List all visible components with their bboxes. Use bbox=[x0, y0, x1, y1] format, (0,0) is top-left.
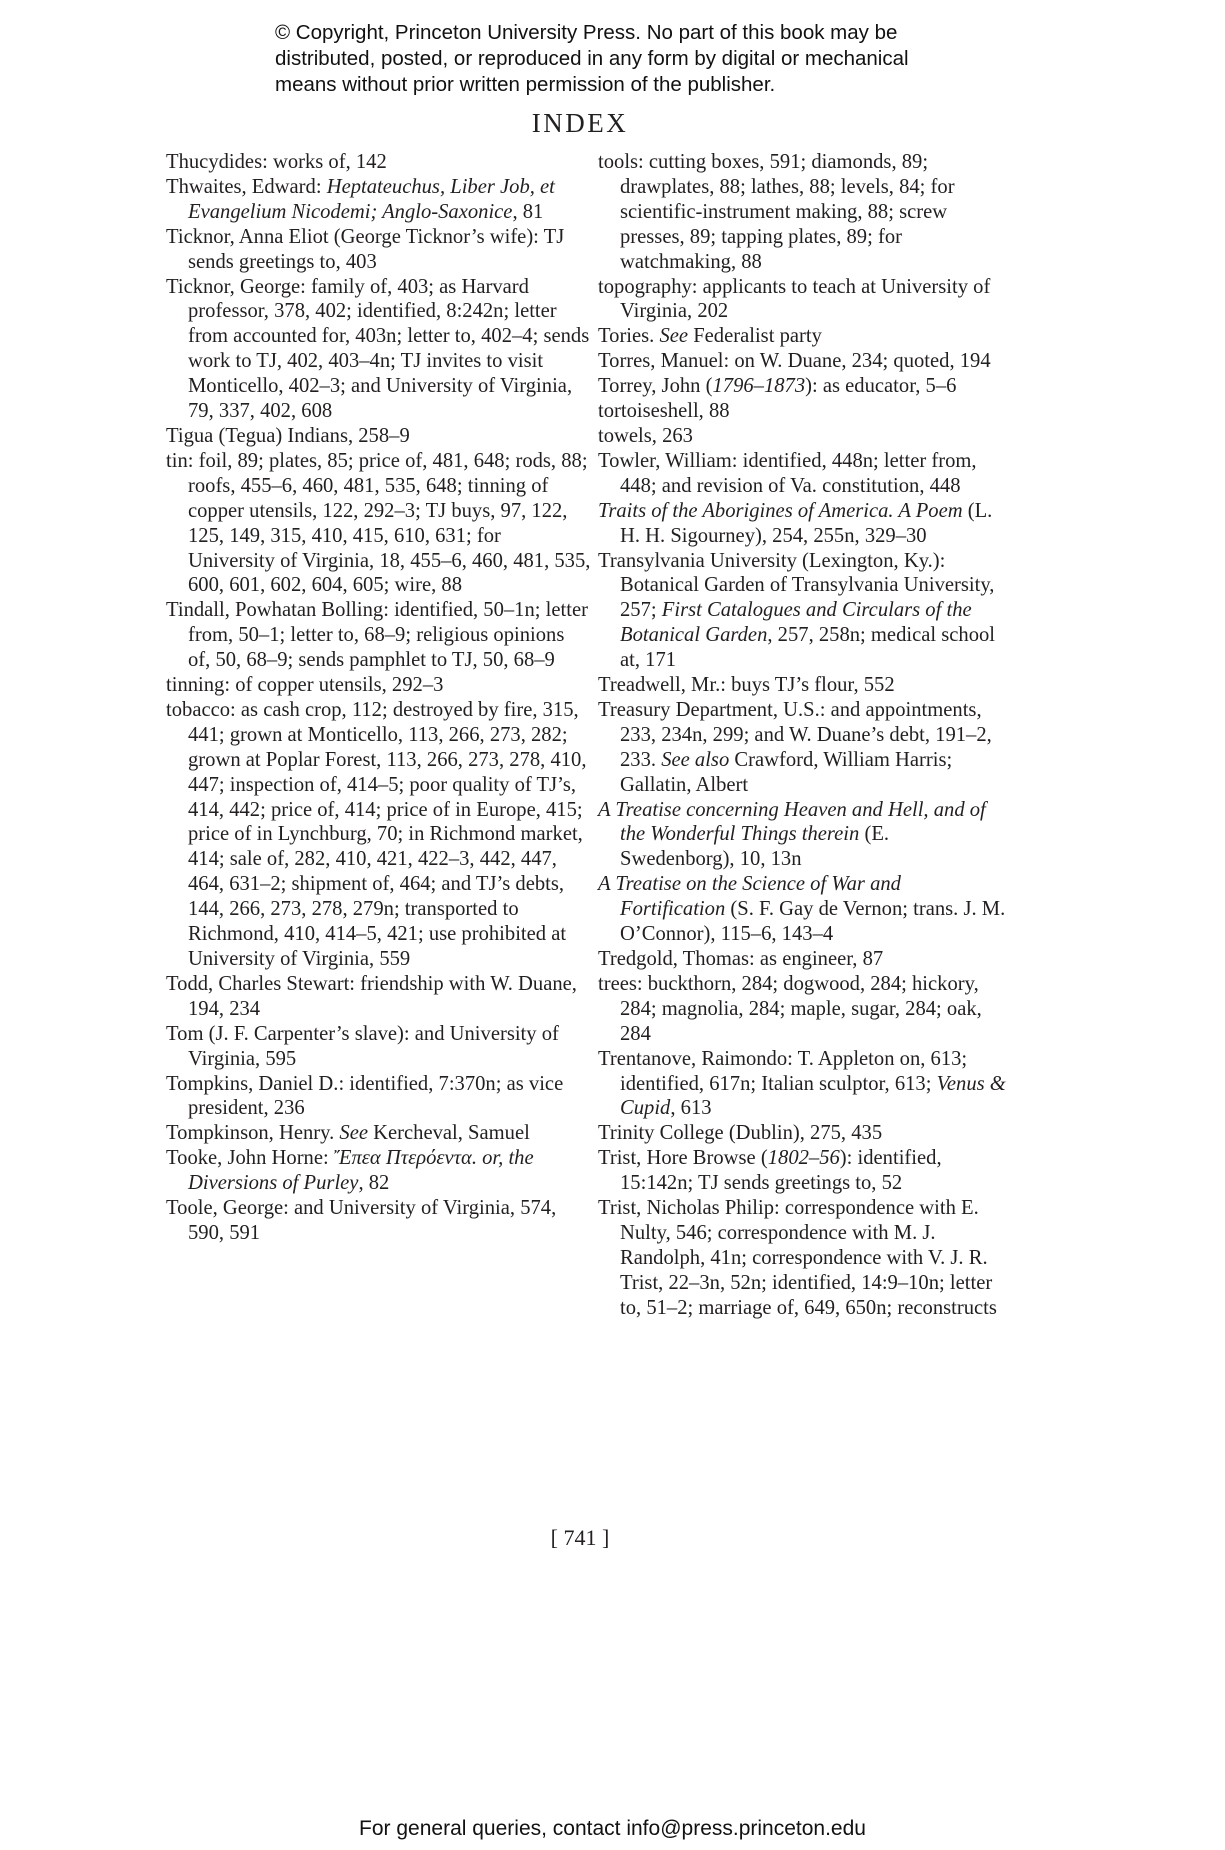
index-entry: Transylvania University (Lexington, Ky.)… bbox=[598, 549, 1008, 674]
index-entry-text: Tories. bbox=[598, 325, 659, 347]
index-entry-text: Tindall, Powhatan Bolling: identified, 5… bbox=[166, 599, 588, 671]
index-entry: tobacco: as cash crop, 112; destroyed by… bbox=[166, 698, 591, 972]
index-entry-text: Tompkins, Daniel D.: identified, 7:370n;… bbox=[166, 1073, 563, 1120]
index-entry-text: Torrey, John ( bbox=[598, 375, 712, 397]
index-entry: Tindall, Powhatan Bolling: identified, 5… bbox=[166, 598, 591, 673]
index-entry: Torrey, John (1796–1873): as educator, 5… bbox=[598, 374, 1008, 399]
index-entry: Towler, William: identified, 448n; lette… bbox=[598, 449, 1008, 499]
index-entry-italic-text: See also bbox=[661, 749, 729, 771]
index-entry: Tredgold, Thomas: as engineer, 87 bbox=[598, 947, 1008, 972]
copyright-line: © Copyright, Princeton University Press.… bbox=[275, 20, 975, 46]
index-entry: Ticknor, George: family of, 403; as Harv… bbox=[166, 275, 591, 424]
index-entry-text: Tigua (Tegua) Indians, 258–9 bbox=[166, 425, 410, 447]
index-entry-text: Todd, Charles Stewart: friendship with W… bbox=[166, 973, 577, 1020]
index-entry-text: Torres, Manuel: on W. Duane, 234; quoted… bbox=[598, 350, 991, 372]
index-entry-text: tin: foil, 89; plates, 85; price of, 481… bbox=[166, 450, 590, 597]
page-number: [ 741 ] bbox=[0, 1525, 1160, 1551]
index-entry-text: ): as educator, 5–6 bbox=[805, 375, 956, 397]
index-entry-text: , 613 bbox=[670, 1097, 711, 1119]
index-entry: Traits of the Aborigines of America. A P… bbox=[598, 499, 1008, 549]
index-entry: Thucydides: works of, 142 bbox=[166, 150, 591, 175]
index-entry: Toole, George: and University of Virgini… bbox=[166, 1196, 591, 1246]
copyright-line: means without prior written permission o… bbox=[275, 72, 975, 98]
index-entry-text: Ticknor, George: family of, 403; as Harv… bbox=[166, 276, 589, 423]
index-entry-text: tools: cutting boxes, 591; diamonds, 89;… bbox=[598, 151, 955, 273]
page-title: INDEX bbox=[0, 108, 1160, 139]
copyright-line: distributed, posted, or reproduced in an… bbox=[275, 46, 975, 72]
index-entry-text: trees: buckthorn, 284; dogwood, 284; hic… bbox=[598, 973, 982, 1045]
index-entry-text: Toole, George: and University of Virgini… bbox=[166, 1197, 556, 1244]
index-entry-text: Towler, William: identified, 448n; lette… bbox=[598, 450, 977, 497]
index-entry-text: Tom (J. F. Carpenter’s slave): and Unive… bbox=[166, 1023, 559, 1070]
index-entry: Torres, Manuel: on W. Duane, 234; quoted… bbox=[598, 349, 1008, 374]
index-entry: tinning: of copper utensils, 292–3 bbox=[166, 673, 591, 698]
index-entry: Todd, Charles Stewart: friendship with W… bbox=[166, 972, 591, 1022]
index-entry-text: Tompkinson, Henry. bbox=[166, 1122, 339, 1144]
index-entry: towels, 263 bbox=[598, 424, 1008, 449]
index-entry: Tompkins, Daniel D.: identified, 7:370n;… bbox=[166, 1072, 591, 1122]
index-entry: A Treatise on the Science of War and For… bbox=[598, 872, 1008, 947]
index-entry-text: Thwaites, Edward: bbox=[166, 176, 327, 198]
index-entry: Tories. See Federalist party bbox=[598, 324, 1008, 349]
index-entry: Treasury Department, U.S.: and appointme… bbox=[598, 698, 1008, 798]
index-entry-text: Trist, Hore Browse ( bbox=[598, 1147, 768, 1169]
index-entry: tortoiseshell, 88 bbox=[598, 399, 1008, 424]
index-entry: Ticknor, Anna Eliot (George Ticknor’s wi… bbox=[166, 225, 591, 275]
index-entry-italic-text: A Treatise concerning Heaven and Hell, a… bbox=[598, 799, 986, 846]
index-entry-text: topography: applicants to teach at Unive… bbox=[598, 276, 990, 323]
index-entry-text: Trist, Nicholas Philip: correspondence w… bbox=[598, 1197, 997, 1319]
footer-contact: For general queries, contact info@press.… bbox=[0, 1817, 1225, 1841]
index-entry-text: Thucydides: works of, 142 bbox=[166, 151, 387, 173]
index-column-left: Thucydides: works of, 142Thwaites, Edwar… bbox=[166, 150, 591, 1246]
index-entry: Trist, Nicholas Philip: correspondence w… bbox=[598, 1196, 1008, 1321]
index-entry: topography: applicants to teach at Unive… bbox=[598, 275, 1008, 325]
index-entry: Tooke, John Horne: Ἔπεα Πτερόεντα. or, t… bbox=[166, 1146, 591, 1196]
index-entry-text: tortoiseshell, 88 bbox=[598, 400, 730, 422]
index-entry-text: Tredgold, Thomas: as engineer, 87 bbox=[598, 948, 883, 970]
index-entry-italic-text: See bbox=[659, 325, 688, 347]
index-entry-text: Ticknor, Anna Eliot (George Ticknor’s wi… bbox=[166, 226, 564, 273]
index-entry-text: , 81 bbox=[512, 201, 543, 223]
index-entry: Thwaites, Edward: Heptateuchus, Liber Jo… bbox=[166, 175, 591, 225]
index-entry: Tom (J. F. Carpenter’s slave): and Unive… bbox=[166, 1022, 591, 1072]
index-column-right: tools: cutting boxes, 591; diamonds, 89;… bbox=[598, 150, 1008, 1321]
index-entry: Tompkinson, Henry. See Kercheval, Samuel bbox=[166, 1121, 591, 1146]
index-entry-text: Federalist party bbox=[688, 325, 822, 347]
index-entry-text: tobacco: as cash crop, 112; destroyed by… bbox=[166, 699, 587, 970]
index-entry: Treadwell, Mr.: buys TJ’s flour, 552 bbox=[598, 673, 1008, 698]
index-entry: A Treatise concerning Heaven and Hell, a… bbox=[598, 798, 1008, 873]
index-entry-italic-text: Traits of the Aborigines of America. A P… bbox=[598, 500, 963, 522]
index-entry-text: Trinity College (Dublin), 275, 435 bbox=[598, 1122, 882, 1144]
index-entry-italic-text: 1796–1873 bbox=[712, 375, 805, 397]
index-entry: Trinity College (Dublin), 275, 435 bbox=[598, 1121, 1008, 1146]
index-entry-text: Kercheval, Samuel bbox=[368, 1122, 530, 1144]
copyright-notice: © Copyright, Princeton University Press.… bbox=[275, 20, 975, 98]
index-entry-italic-text: See bbox=[339, 1122, 368, 1144]
index-entry-text: Trentanove, Raimondo: T. Appleton on, 61… bbox=[598, 1048, 967, 1095]
index-entry: Tigua (Tegua) Indians, 258–9 bbox=[166, 424, 591, 449]
index-entry-text: Treadwell, Mr.: buys TJ’s flour, 552 bbox=[598, 674, 895, 696]
index-entry: tin: foil, 89; plates, 85; price of, 481… bbox=[166, 449, 591, 598]
index-entry-italic-text: 1802–56 bbox=[768, 1147, 840, 1169]
index-entry-text: towels, 263 bbox=[598, 425, 693, 447]
index-entry-text: Tooke, John Horne: bbox=[166, 1147, 334, 1169]
index-entry-text: , 82 bbox=[358, 1172, 389, 1194]
index-entry: tools: cutting boxes, 591; diamonds, 89;… bbox=[598, 150, 1008, 275]
index-entry: Trentanove, Raimondo: T. Appleton on, 61… bbox=[598, 1047, 1008, 1122]
index-entry: Trist, Hore Browse (1802–56): identified… bbox=[598, 1146, 1008, 1196]
index-entry-text: tinning: of copper utensils, 292–3 bbox=[166, 674, 443, 696]
index-entry: trees: buckthorn, 284; dogwood, 284; hic… bbox=[598, 972, 1008, 1047]
